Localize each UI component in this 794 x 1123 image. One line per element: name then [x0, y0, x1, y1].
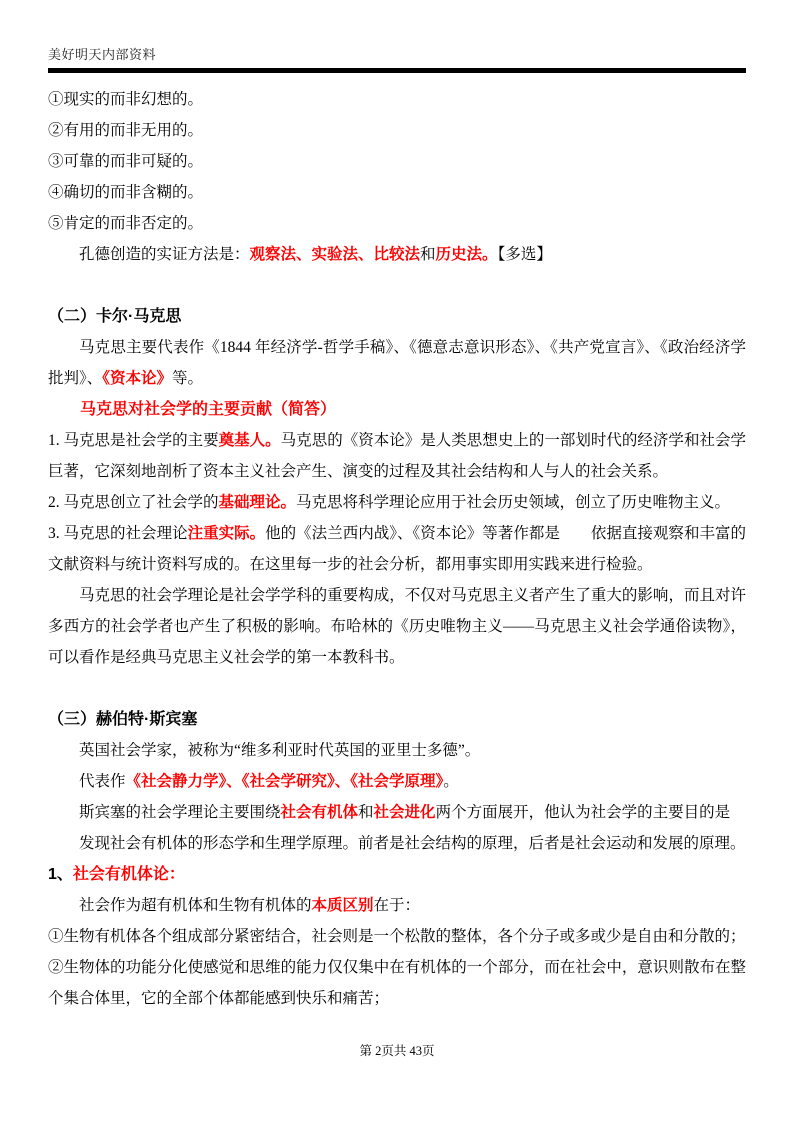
point-2-post: 马克思将科学理论应用于社会历史领域，创立了历史唯物主义。 — [296, 494, 730, 511]
spencer-intro-paragraph: 英国社会学家，被称为“维多利亚时代英国的亚里士多德”。 — [48, 735, 746, 766]
page-header: 美好明天内部资料 — [48, 0, 746, 73]
point-2-emphasis: 基础理论。 — [219, 494, 297, 511]
comte-list-item-5: ⑤肯定的而非否定的。 — [48, 208, 746, 239]
organic-heading-number: 1、 — [48, 866, 73, 883]
comte-list-item-2: ②有用的而非无用的。 — [48, 115, 746, 146]
point-1-emphasis: 奠基人。 — [219, 432, 281, 449]
list-item-text: ③可靠的而非可疑的。 — [48, 153, 203, 170]
comte-list-item-4: ④确切的而非含糊的。 — [48, 177, 746, 208]
list-item-text: ⑤肯定的而非否定的。 — [48, 215, 203, 232]
marx-point-2: 2. 马克思创立了社会学的基础理论。马克思将科学理论应用于社会历史领域，创立了历… — [48, 487, 746, 518]
marx-point-1: 1. 马克思是社会学的主要奠基人。马克思的《资本论》是人类思想史上的一部划时代的… — [48, 425, 746, 487]
method-prefix: 孔德创造的实证方法是： — [79, 246, 250, 263]
spencer-works-pre: 代表作 — [79, 773, 126, 790]
header-watermark-text: 美好明天内部资料 — [48, 44, 746, 63]
method-terms-2: 历史法。 — [436, 246, 498, 263]
point-3-emphasis: 注重实际。 — [188, 525, 266, 542]
spencer-theory-paragraph: 斯宾塞的社会学理论主要围绕社会有机体和社会进化两个方面展开，他认为社会学的主要目… — [48, 797, 746, 828]
marx-point-3: 3. 马克思的社会理论注重实际。他的《法兰西内战》、《资本论》等著作都是 依据直… — [48, 518, 746, 580]
theory-pre: 斯宾塞的社会学理论主要围绕 — [79, 804, 281, 821]
works-capital-title: 《资本论》 — [102, 370, 172, 387]
page-number: 第 2页共 43页 — [359, 1044, 434, 1058]
document-body: ①现实的而非幻想的。 ②有用的而非无用的。 ③可靠的而非可疑的。 ④确切的而非含… — [48, 73, 746, 1014]
spencer-works-post: 。 — [443, 773, 459, 790]
difference-item-1: ①生物有机体各个组成部分紧密结合，社会则是一个松散的整体，各个分子或多或少是自由… — [48, 921, 746, 952]
comte-method-paragraph: 孔德创造的实证方法是：观察法、实验法、比较法和历史法。【多选】 — [48, 239, 746, 270]
multi-choice-tag: 【多选】 — [498, 246, 552, 263]
document-page: 美好明天内部资料 ①现实的而非幻想的。 ②有用的而非无用的。 ③可靠的而非可疑的… — [0, 0, 794, 1123]
theory-and: 和 — [358, 804, 374, 821]
spencer-works-paragraph: 代表作《社会静力学》、《社会学研究》、《社会学原理》。 — [48, 766, 746, 797]
theory-emphasis-2: 社会进化 — [374, 804, 436, 821]
comte-list-item-3: ③可靠的而非可疑的。 — [48, 146, 746, 177]
spencer-theory-line2: 发现社会有机体的形态学和生理学原理。前者是社会结构的原理，后者是社会运动和发展的… — [48, 828, 746, 859]
method-and: 和 — [420, 246, 436, 263]
difference-item-2: ②生物体的功能分化使感觉和思维的能力仅仅集中在有机体的一个部分，而在社会中，意识… — [48, 952, 746, 1014]
point-3-pre: 3. 马克思的社会理论 — [48, 525, 188, 542]
point-1-pre: 1. 马克思是社会学的主要 — [48, 432, 219, 449]
difference-post: 在于： — [374, 897, 421, 914]
section-heading-marx: （二）卡尔·马克思 — [48, 301, 746, 332]
difference-pre: 社会作为超有机体和生物有机体的 — [79, 897, 312, 914]
theory-emphasis-1: 社会有机体 — [281, 804, 359, 821]
organic-body-heading: 1、社会有机体论： — [48, 859, 746, 890]
list-item-text: ①现实的而非幻想的。 — [48, 91, 203, 108]
method-terms-1: 观察法、实验法、比较法 — [250, 246, 421, 263]
list-item-text: ④确切的而非含糊的。 — [48, 184, 203, 201]
difference-emphasis: 本质区别 — [312, 897, 374, 914]
marx-contribution-heading: 马克思对社会学的主要贡献（简答） — [48, 394, 746, 425]
organic-heading-title: 社会有机体论： — [73, 866, 185, 883]
point-2-pre: 2. 马克思创立了社会学的 — [48, 494, 219, 511]
list-item-text: ②有用的而非无用的。 — [48, 122, 203, 139]
organic-difference-lead: 社会作为超有机体和生物有机体的本质区别在于： — [48, 890, 746, 921]
spencer-works-titles: 《社会静力学》、《社会学研究》、《社会学原理》 — [126, 773, 444, 790]
page-footer: 第 2页共 43页 — [0, 1041, 794, 1059]
theory-post: 两个方面展开，他认为社会学的主要目的是 — [436, 804, 731, 821]
section-heading-spencer: （三）赫伯特·斯宾塞 — [48, 704, 746, 735]
marx-summary-paragraph: 马克思的社会学理论是社会学学科的重要构成，不仅对马克思主义者产生了重大的影响，而… — [48, 580, 746, 673]
works-post: 等。 — [172, 370, 203, 387]
marx-works-paragraph: 马克思主要代表作《1844 年经济学-哲学手稿》、《德意志意识形态》、《共产党宣… — [48, 332, 746, 394]
comte-list-item-1: ①现实的而非幻想的。 — [48, 84, 746, 115]
